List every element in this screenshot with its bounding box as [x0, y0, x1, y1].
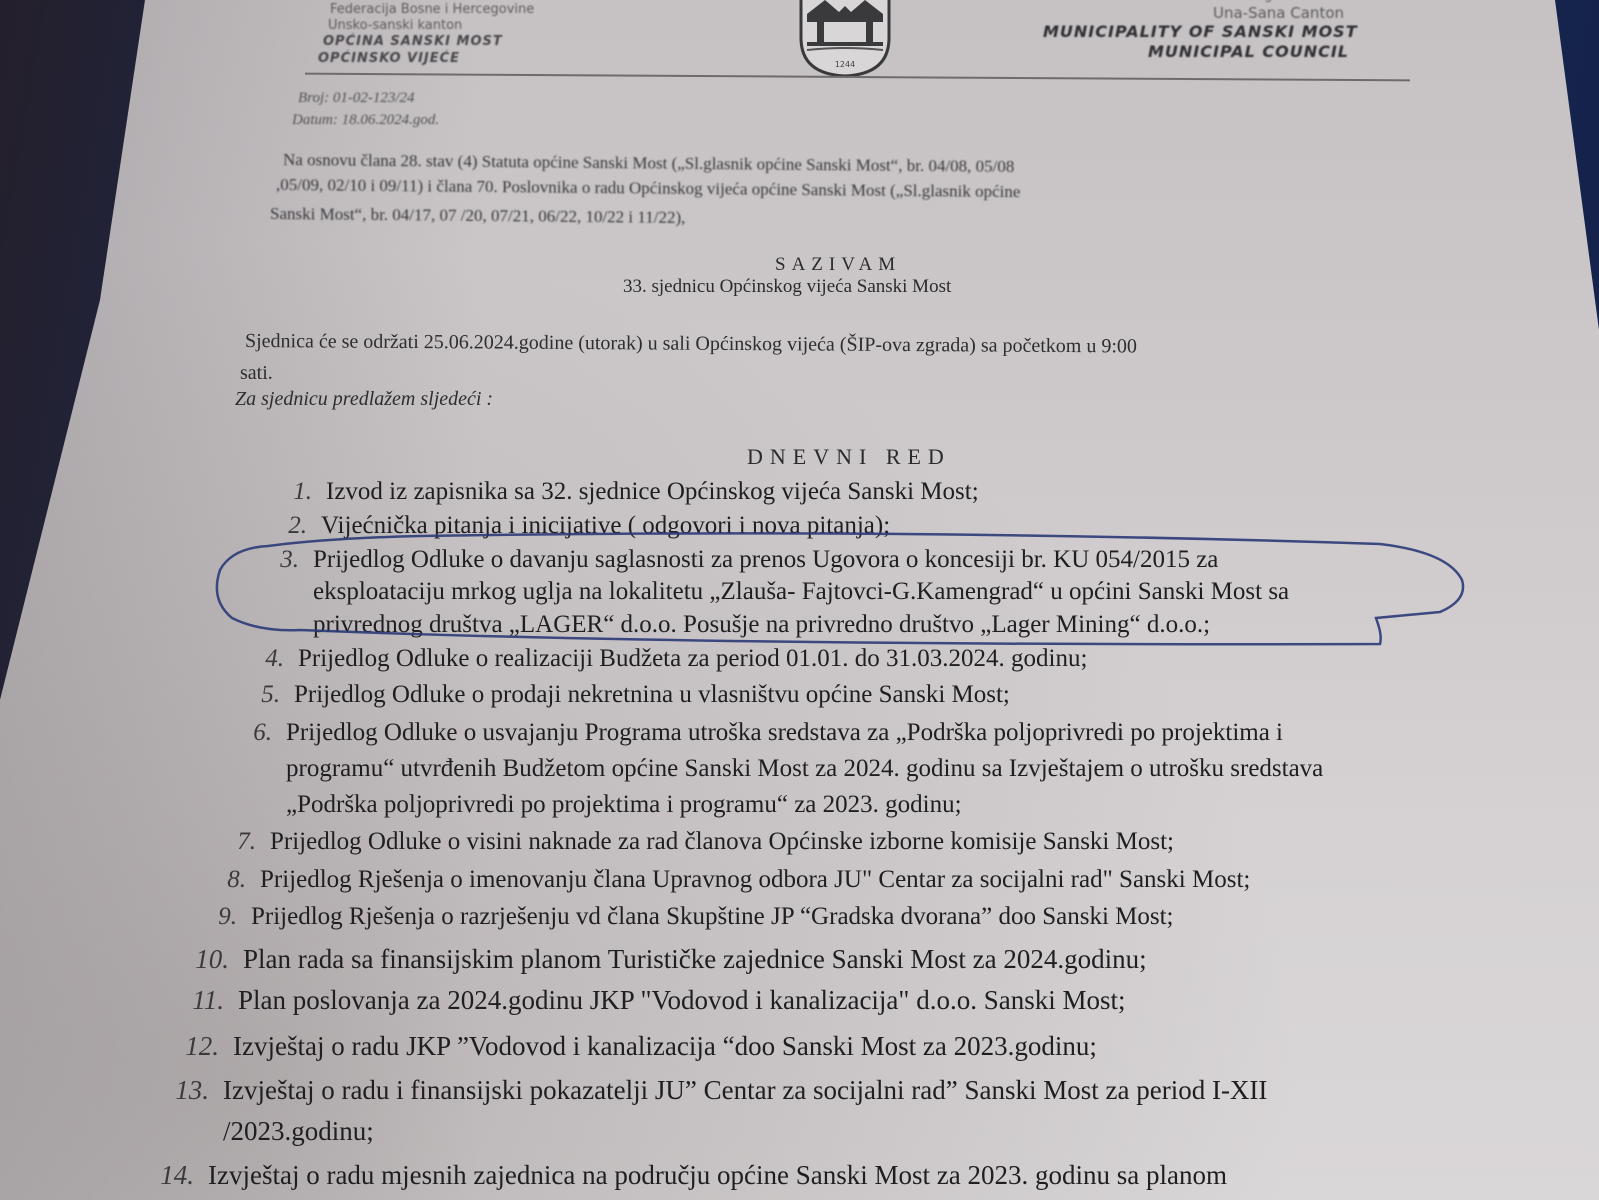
agenda-item-number: 7.: [212, 828, 256, 856]
agenda-item-text: eksploataciju mrkog uglja na lokalitetu …: [313, 578, 1289, 605]
agenda-item-continuation: eksploataciju mrkog uglja na lokalitetu …: [313, 578, 1289, 606]
reference-number: Broj: 01-02-123/24: [298, 90, 415, 107]
header-right-council: MUNICIPAL COUNCIL: [1148, 42, 1349, 61]
header-left-federation: Federacija Bosne i Hercegovine: [330, 2, 534, 17]
agenda-item: 7.Prijedlog Odluke o visini naknade za r…: [212, 828, 1174, 856]
agenda-item-text: Prijedlog Odluke o prodaji nekretnina u …: [294, 681, 1010, 708]
agenda-item: 6.Prijedlog Odluke o usvajanju Programa …: [228, 719, 1283, 747]
agenda-item-text: Prijedlog Rješenja o imenovanju člana Up…: [260, 866, 1250, 893]
header-right-canton: Una-Sana Canton: [1213, 4, 1344, 22]
agenda-item-text: Vijećnička pitanja i inicijative ( odgov…: [321, 512, 890, 539]
agenda-item: 4.Prijedlog Odluke o realizaciji Budžeta…: [240, 645, 1087, 673]
agenda-item-text: Plan poslovanja za 2024.godinu JKP "Vodo…: [238, 985, 1125, 1015]
agenda-item: 3.Prijedlog Odluke o davanju saglasnosti…: [255, 546, 1218, 574]
agenda-item-text: „Podrška poljoprivredi po projektima i p…: [286, 791, 962, 818]
agenda-item-text: Izvještaj o radu mjesnih zajednica na po…: [208, 1160, 1227, 1190]
agenda-item: 11.Plan poslovanja za 2024.godinu JKP "V…: [180, 985, 1125, 1016]
agenda-item-number: 13.: [165, 1075, 209, 1106]
municipal-coat-of-arms-icon: 1244: [795, 0, 895, 78]
agenda-item-text: Prijedlog Odluke o visini naknade za rad…: [270, 828, 1174, 855]
agenda-item-number: 4.: [240, 645, 284, 673]
agenda-item: 10.Plan rada sa finansijskim planom Turi…: [185, 944, 1147, 975]
header-right-municipality: MUNICIPALITY OF SANSKI MOST: [1043, 22, 1358, 41]
agenda-item-text: Prijedlog Odluke o realizaciji Budžeta z…: [298, 645, 1087, 672]
agenda-item-number: 1.: [268, 478, 312, 506]
agenda-item-number: 12.: [175, 1031, 219, 1062]
document-title: SAZIVAM: [775, 254, 901, 276]
agenda-item-continuation: „Podrška poljoprivredi po projektima i p…: [286, 791, 962, 819]
agenda-item: 5.Prijedlog Odluke o prodaji nekretnina …: [236, 681, 1010, 709]
agenda-item: 1.Izvod iz zapisnika sa 32. sjednice Opć…: [268, 478, 979, 506]
agenda-item: 8.Prijedlog Rješenja o imenovanju člana …: [202, 866, 1250, 894]
agenda-item-number: 2.: [263, 512, 307, 540]
agenda-item-number: 9.: [193, 903, 237, 931]
reference-date: Datum: 18.06.2024.god.: [292, 112, 439, 129]
agenda-item-text: privrednog društva „LAGER“ d.o.o. Posušj…: [313, 611, 1210, 638]
agenda-item-text: Izvještaj o radu JKP ”Vodovod i kanaliza…: [233, 1031, 1097, 1061]
agenda-item-text: Prijedlog Odluke o usvajanju Programa ut…: [286, 719, 1283, 746]
header-left-municipality: OPĆINA SANSKI MOST: [323, 34, 503, 49]
header-left-council: OPĆINSKO VIJEĆE: [318, 51, 460, 66]
agenda-item-continuation: programu“ utvrđenih Budžetom općine Sans…: [286, 755, 1323, 783]
header-right-federation: Federation of Bosnia and Herzegovina: [1060, 0, 1308, 3]
agenda-item-text: programu“ utvrđenih Budžetom općine Sans…: [286, 755, 1323, 782]
agenda-item-number: 6.: [228, 719, 272, 747]
agenda-item-continuation: /2023.godinu;: [223, 1116, 374, 1147]
agenda-item-text: Prijedlog Odluke o davanju saglasnosti z…: [313, 546, 1218, 573]
agenda-item-number: 5.: [236, 681, 280, 709]
session-details-cont: sati.: [240, 362, 273, 385]
agenda-item: 9.Prijedlog Rješenja o razrješenju vd čl…: [193, 903, 1174, 931]
agenda-item: 2.Vijećnička pitanja i inicijative ( odg…: [263, 512, 890, 540]
agenda-item-text: Izvod iz zapisnika sa 32. sjednice Općin…: [326, 478, 979, 505]
agenda-item: 12.Izvještaj o radu JKP ”Vodovod i kanal…: [175, 1031, 1097, 1062]
agenda-title: DNEVNI RED: [747, 444, 951, 470]
session-proposal: Za sjednicu predlažem sljedeći :: [235, 388, 493, 411]
agenda-item-number: 3.: [255, 546, 299, 574]
agenda-item: 13.Izvještaj o radu i finansijski pokaza…: [165, 1075, 1267, 1106]
agenda-item-text: Izvještaj o radu i finansijski pokazatel…: [223, 1075, 1267, 1105]
document-subtitle: 33. sjednicu Općinskog vijeća Sanski Mos…: [623, 276, 951, 298]
agenda-item-text: /2023.godinu;: [223, 1116, 374, 1146]
agenda-item-text: Prijedlog Rješenja o razrješenju vd član…: [251, 903, 1174, 930]
agenda-item-number: 8.: [202, 866, 246, 894]
preamble-line: Sanski Most“, br. 04/17, 07 /20, 07/21, …: [270, 204, 686, 228]
agenda-item-continuation: privrednog društva „LAGER“ d.o.o. Posušj…: [313, 611, 1210, 639]
agenda-item-text: Plan rada sa finansijskim planom Turisti…: [243, 944, 1147, 974]
agenda-item: 14.Izvještaj o radu mjesnih zajednica na…: [150, 1160, 1227, 1191]
agenda-item-number: 10.: [185, 944, 229, 975]
agenda-item-number: 14.: [150, 1160, 194, 1191]
header-left-canton: Unsko-sanski kanton: [328, 18, 462, 33]
svg-text:1244: 1244: [835, 60, 855, 69]
agenda-item-number: 11.: [180, 985, 224, 1016]
